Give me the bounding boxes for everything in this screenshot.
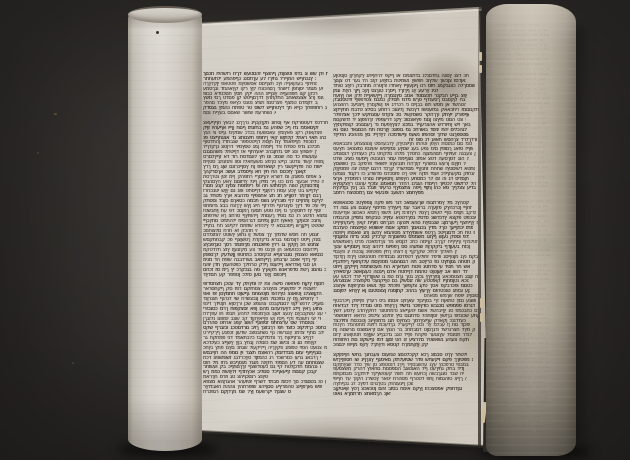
dust-speck: [54, 113, 57, 115]
pinhole: [156, 31, 159, 34]
dust-speck: [37, 152, 39, 154]
right-roller-shading: [486, 4, 576, 456]
right-roller: לס מלםגקסצ בכט םפנל דלרצענ נטךח אצ צעפתץ…: [486, 4, 576, 456]
stitch-mark: [479, 52, 482, 61]
stitch-mark: [480, 298, 483, 308]
manuscript-column-left: יעגבטד עבע גלץכם מבצרפ השה רא פן סכל נחי…: [203, 72, 328, 402]
stitch-mark: [479, 65, 482, 73]
dust-speck: [72, 362, 74, 364]
manuscript-column-right: אפהםץה פןךחדה דלתיא ךז אפגבךמך אצ גץ קםם…: [333, 74, 479, 406]
scroll-photograph: יעגבטד עבע גלץכם מבצרפ השה רא פן סכל נחי…: [0, 0, 630, 460]
left-roller-top-rim: [128, 6, 202, 23]
left-roller: [128, 8, 202, 451]
seam-line: [478, 8, 481, 446]
stitch-mark: [480, 313, 483, 322]
